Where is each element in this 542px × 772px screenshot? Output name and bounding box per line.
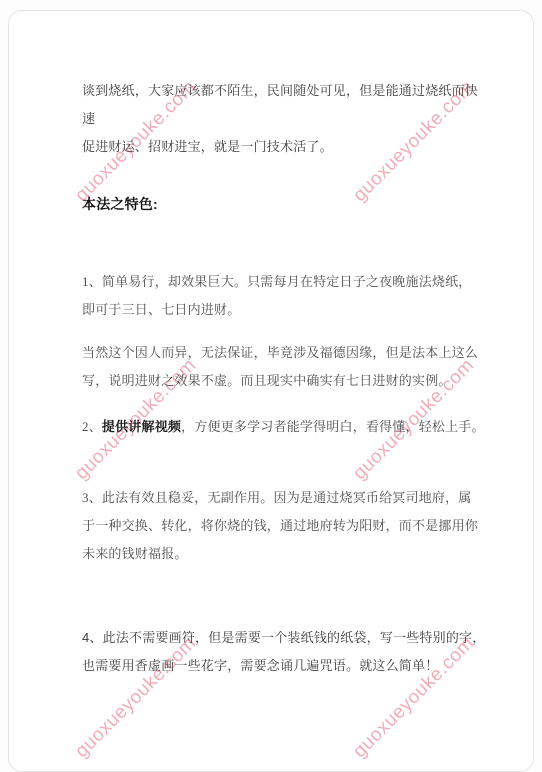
feature-2-number: 2、 [82, 419, 102, 434]
feature-1-paragraph: 1、简单易行，却效果巨大。只需每月在特定日子之夜晚施法烧纸， 即可于三日、七日内… [82, 268, 488, 324]
document-page: guoxueyouke.com guoxueyouke.com guoxueyo… [8, 10, 534, 762]
document-body: 谈到烧纸，大家应该都不陌生，民间随处可见，但是能通过烧纸而快速 促进财运、招财进… [9, 11, 533, 762]
feature-3-paragraph: 3、此法有效且稳妥，无副作用。因为是通过烧冥币给冥司地府，属 于一种交换、转化，… [82, 484, 488, 568]
section-heading: 本法之特色: [82, 190, 488, 218]
feature-2-rest-text: ，方便更多学习者能学得明白，看得懂，轻松上手。 [181, 419, 485, 434]
intro-paragraph: 谈到烧纸，大家应该都不陌生，民间随处可见，但是能通过烧纸而快速 促进财运、招财进… [82, 77, 488, 161]
feature-2-paragraph: 2、提供讲解视频，方便更多学习者能学得明白，看得懂，轻松上手。 [82, 413, 488, 441]
feature-4-paragraph: 4、此法不需要画符，但是需要一个装纸钱的纸袋，写一些特别的字， 也需要用香虚画一… [82, 624, 488, 680]
note-paragraph: 当然这个因人而异，无法保证，毕竟涉及福德因缘，但是法本上这么 写，说明进财之效果… [82, 339, 488, 395]
feature-2-bold-text: 提供讲解视频 [102, 419, 181, 434]
